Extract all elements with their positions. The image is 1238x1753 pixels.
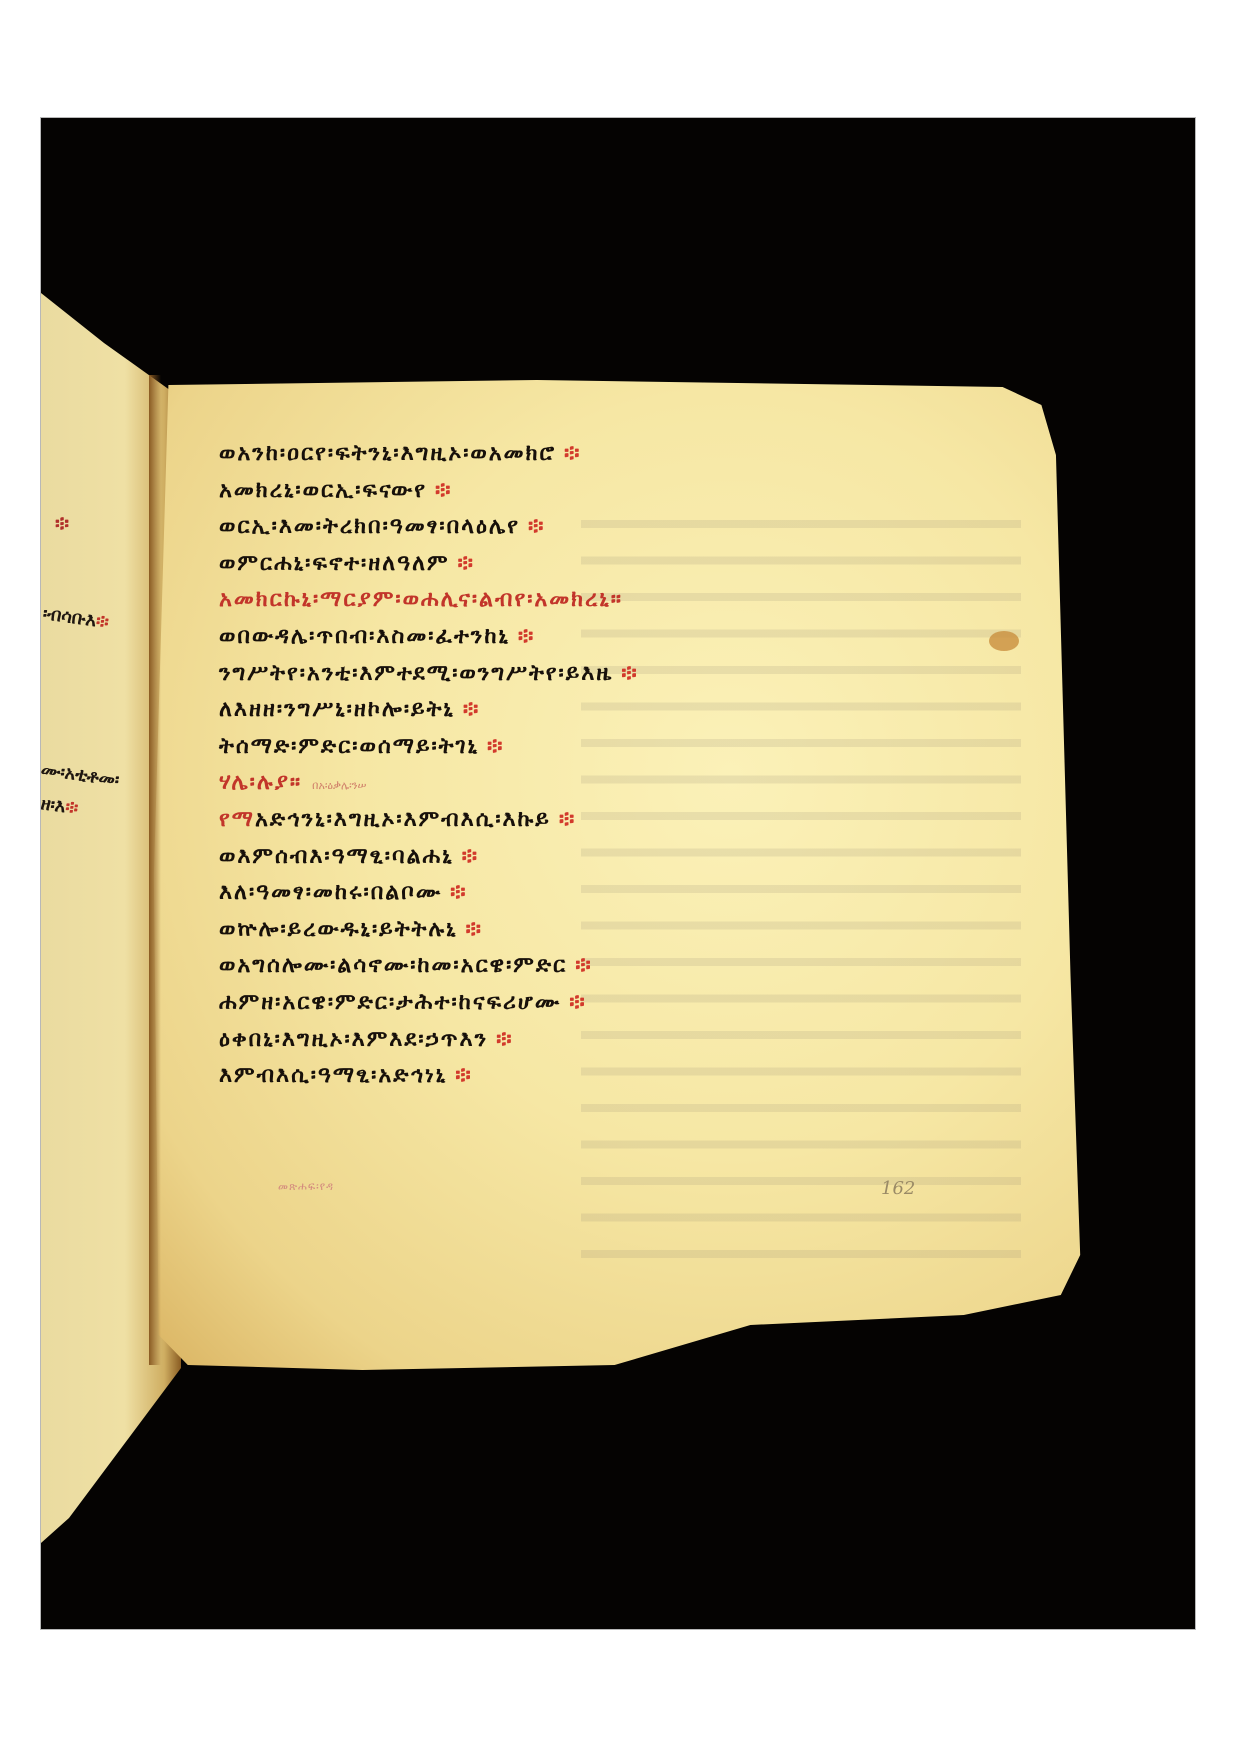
manuscript-photograph: ፨ ፡ብሳቡእ፨ ሙ፡አቲቶመ፡ ዘ፡እ፨ ወአንከ፡ዐርየ፡ፍትንኒ፡እግዚኦ… (40, 117, 1196, 1630)
marginal-note: መጽሐፍ፡የዳ (278, 1180, 334, 1194)
text-line: ወኵሎ፡ይረውዱኒ፡ይትትሉኒ፨ (219, 912, 959, 949)
text-line: ዕቀበኒ፡እግዚኦ፡እምእደ፡ኃጥእን፨ (219, 1022, 959, 1059)
left-page-fragment: ዘ፡እ፨ (40, 793, 79, 819)
text-line: አመክረኒ፡ወርኢ፡ፍናውየ፨ (219, 473, 959, 510)
text-line: የማአድኅንኒ፡እግዚኦ፡እምብእሲ፡እኩይ፨ (219, 802, 959, 839)
parchment-stain (989, 631, 1019, 651)
text-line: ንግሥትየ፡አንቲ፡እምተደሚ፡ወንግሥትየ፡ይእዜ፨ (219, 656, 959, 693)
left-page-cross: ፨ (55, 511, 69, 535)
manuscript-text-block: ወአንከ፡ዐርየ፡ፍትንኒ፡እግዚኦ፡ወአመክሮ፨ አመክረኒ፡ወርኢ፡ፍናውየ… (219, 436, 959, 1095)
left-page-fragment: ሙ፡አቲቶመ፡ (40, 759, 121, 791)
text-line: እለ፡ዓመፃ፡መከሩ፡በልቦሙ፨ (219, 875, 959, 912)
rubric-line: አመክርኩኒ፡ማርያም፡ወሐሊና፡ልብየ፡አመክረኒ። (219, 582, 959, 619)
rubric-line-halleluia: ሃሌ፡ሉያ።በአ፡ዕቃሌ፡ንሠ (219, 765, 959, 802)
text-line: ትሰማድ፡ምድር፡ወሰማይ፡ትገኒ፨ (219, 729, 959, 766)
text-line: ወእምሰብእ፡ዓማፂ፡ባልሐኒ፨ (219, 839, 959, 876)
lead-rubric: የማ (219, 807, 255, 832)
text-line: ወርኢ፡እመ፡ትረክበ፡ዓመፃ፡በላዕሌየ፨ (219, 509, 959, 546)
text-line: ወበውዳሌ፡ጥበብ፡እስመ፡ፈተንከኒ፨ (219, 619, 959, 656)
text-line: እምብእሲ፡ዓማፂ፡አድኅነኒ፨ (219, 1058, 959, 1095)
text-line: ወምርሐኒ፡ፍኖተ፡ዘለዓለም፨ (219, 546, 959, 583)
gutter-shadow (149, 375, 161, 1365)
text-line: ለእዘዘ፡ንግሥኒ፡ዘኮሎ፡ይትኒ፨ (219, 692, 959, 729)
text-line: ወአንከ፡ዐርየ፡ፍትንኒ፡እግዚኦ፡ወአመክሮ፨ (219, 436, 959, 473)
text-line: ሐምዘ፡አርዌ፡ምድር፡ታሕተ፡ከናፍሪሆሙ፨ (219, 985, 959, 1022)
folio-number: 162 (881, 1178, 915, 1199)
text-line: ወአግሰሎሙ፡ልሳኖሙ፡ከመ፡አርዌ፡ምድር፨ (219, 948, 959, 985)
rubric-note: በአ፡ዕቃሌ፡ንሠ (312, 779, 366, 792)
left-page-fragment: ፡ብሳቡእ፨ (42, 603, 111, 633)
